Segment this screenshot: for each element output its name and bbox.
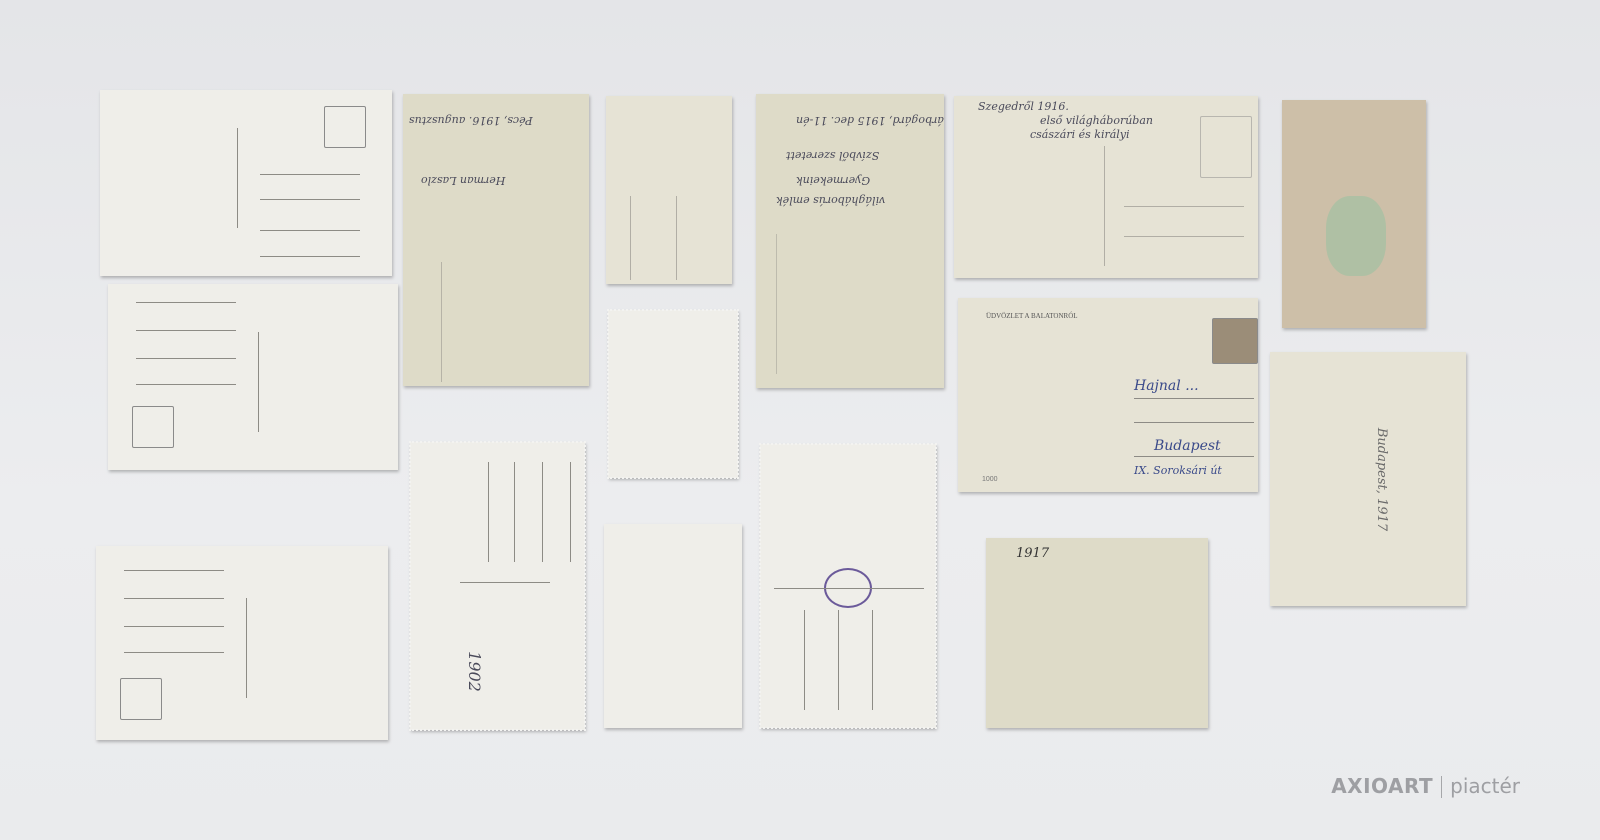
watermark-brand: AXIOART: [1331, 774, 1433, 798]
watermark-section: piactér: [1450, 774, 1520, 798]
handwriting: első világháborúban: [1040, 114, 1153, 127]
ornament: [1326, 196, 1386, 276]
handwriting: Szívből szeretett: [786, 149, 879, 162]
postcard-3: [606, 96, 732, 284]
postcard-5: Szegedről 1916. első világháborúban csás…: [954, 96, 1258, 278]
postcard-15: Budapest, 1917: [1270, 352, 1466, 606]
handwriting: Gyermekeink: [796, 174, 870, 187]
handwriting: Budapest, 1917: [1374, 428, 1389, 531]
stamp-logo: [324, 106, 366, 148]
addressee: IX. Soroksári út: [1134, 464, 1222, 477]
printed-header: ÜDVÖZLET A BALATONRÓL: [986, 312, 1078, 320]
addressee: Hajnal ...: [1134, 378, 1199, 394]
postcard-13-small: [604, 524, 742, 728]
watermark: AXIOARTpiactér: [1331, 774, 1520, 799]
stamp-logo: [120, 678, 162, 720]
printed-number: 1000: [982, 476, 998, 483]
postcard-2: Pécs, 1916. augusztus Herman Laszlo: [403, 94, 589, 386]
handwriting: Szegedről 1916.: [978, 100, 1069, 113]
postcard-4: Sárbogárd, 1915 dec. 11-én Szívből szere…: [756, 94, 944, 388]
handwriting: világháborús emlék: [776, 194, 885, 207]
addressee: Budapest: [1154, 438, 1221, 454]
handwriting: 1917: [1016, 546, 1049, 561]
postcard-13: [760, 444, 936, 728]
postcard-1: [100, 90, 392, 276]
handwriting: Pécs, 1916. augusztus: [409, 114, 533, 127]
cabinet-card-6: [1282, 100, 1426, 328]
handwriting: Herman Laszlo: [421, 174, 505, 187]
handwriting: császári és királyi: [1030, 128, 1130, 141]
postcard-9: ÜDVÖZLET A BALATONRÓL Hajnal ... Budapes…: [958, 298, 1258, 492]
postcard-14: 1917: [986, 538, 1208, 728]
postage-stamp: [1212, 318, 1258, 364]
postcard-8: [608, 310, 738, 478]
postcard-12: [96, 546, 388, 740]
stamp-logo: [132, 406, 174, 448]
handwriting: Sárbogárd, 1915 dec. 11-én: [796, 114, 944, 127]
postcard-7: [108, 284, 398, 470]
handwriting: 1902: [465, 651, 484, 692]
stamp-box: [1200, 116, 1252, 178]
postcard-11: 1902: [410, 442, 585, 730]
